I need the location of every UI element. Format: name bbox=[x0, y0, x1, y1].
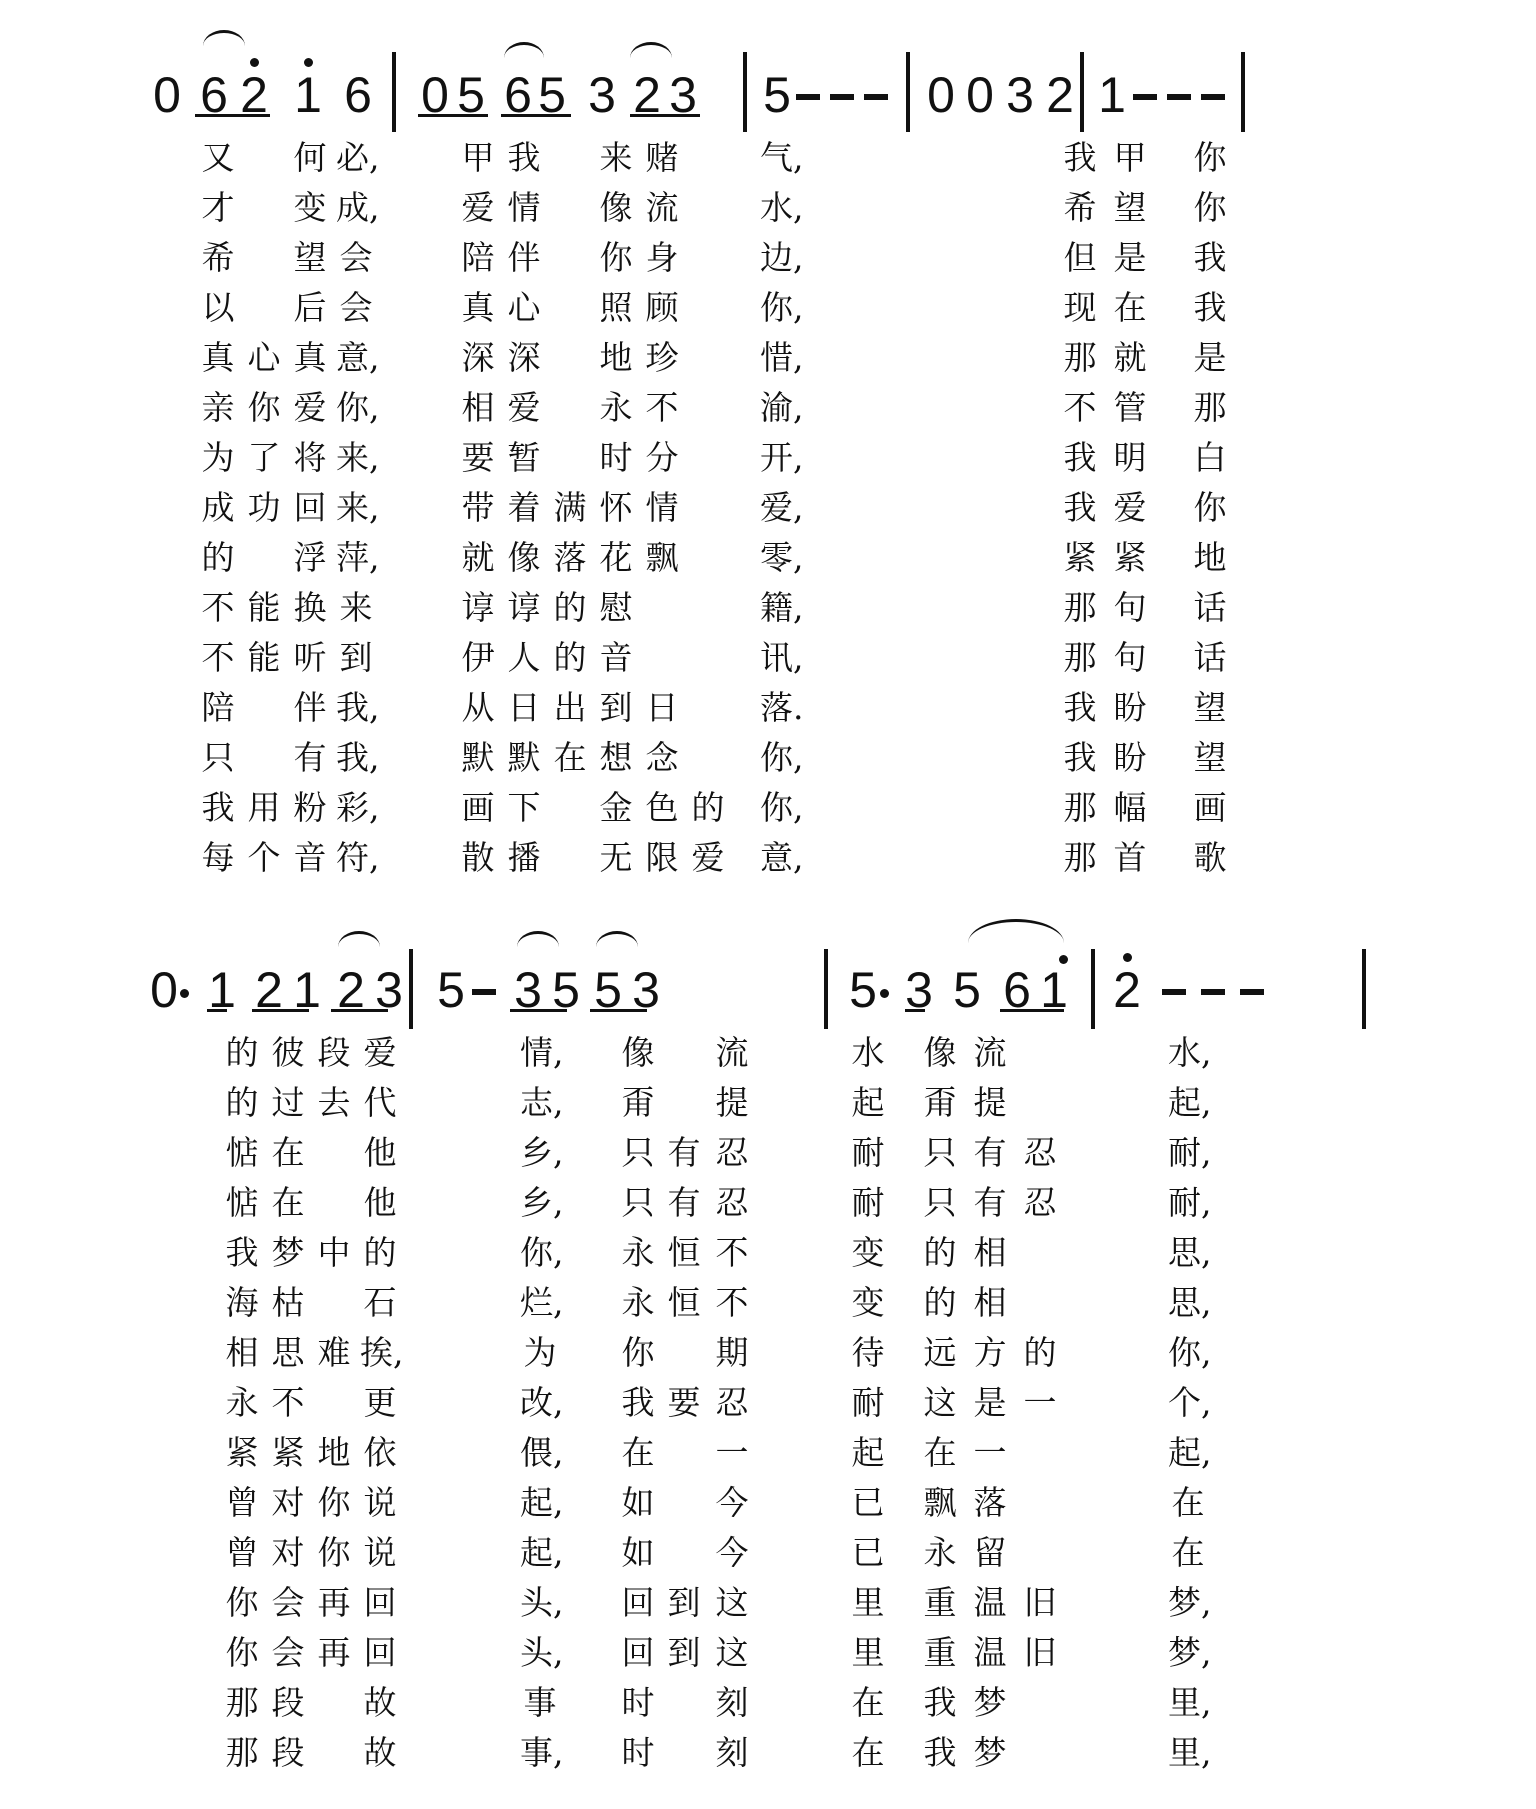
lyric-syllable: 一 bbox=[1020, 1383, 1060, 1423]
lyric-line: 我用粉彩,画下金色的你,那幅画 bbox=[0, 788, 1536, 838]
lyric-syllable: 盼 bbox=[1110, 688, 1150, 728]
lyric-syllable: 段 bbox=[268, 1683, 308, 1723]
lyric-syllable: 边, bbox=[760, 238, 800, 278]
lyric-syllable: 你, bbox=[760, 738, 800, 778]
lyric-syllable: 亲 bbox=[198, 388, 238, 428]
lyric-syllable: 中 bbox=[314, 1233, 354, 1273]
lyric-syllable: 紧 bbox=[222, 1433, 262, 1473]
lyric-syllable: 回 bbox=[360, 1633, 400, 1673]
lyric-syllable: 何 bbox=[290, 138, 330, 178]
note: 0 bbox=[418, 70, 452, 120]
lyric-syllable: 画 bbox=[1190, 788, 1230, 828]
lyric-line: 成功回来,带着满怀情爱,我爱你 bbox=[0, 488, 1536, 538]
lyric-syllable: 你 bbox=[1190, 188, 1230, 228]
lyric-syllable: 温 bbox=[970, 1633, 1010, 1673]
lyric-syllable: 我, bbox=[336, 738, 376, 778]
lyric-syllable: 伴 bbox=[290, 688, 330, 728]
lyric-syllable: 白 bbox=[1190, 438, 1230, 478]
augmentation-dot bbox=[180, 989, 189, 998]
underline-eighth bbox=[630, 114, 700, 117]
lyric-syllable: 身 bbox=[642, 238, 682, 278]
lyric-syllable: 念 bbox=[642, 738, 682, 778]
lyric-syllable: 提 bbox=[970, 1083, 1010, 1123]
lyric-syllable: 我, bbox=[336, 688, 376, 728]
note: 1 bbox=[205, 965, 239, 1015]
lyric-syllable: 梦 bbox=[268, 1233, 308, 1273]
lyric-syllable: 恒 bbox=[664, 1233, 704, 1273]
lyric-syllable: 那 bbox=[1060, 838, 1100, 878]
lyric-syllable: 将 bbox=[290, 438, 330, 478]
note: 2 bbox=[1110, 965, 1144, 1015]
lyric-syllable: 这 bbox=[712, 1583, 752, 1623]
lyric-syllable: 出 bbox=[550, 688, 590, 728]
lyric-syllable: 用 bbox=[244, 788, 284, 828]
lyric-syllable: 改, bbox=[520, 1383, 560, 1423]
lyric-syllable: 日 bbox=[642, 688, 682, 728]
numbered-music-score: 0 6 2 1 6 0 5 6 5 3 2 3 5 bbox=[0, 0, 1536, 1809]
lyric-syllable: 相 bbox=[222, 1333, 262, 1373]
lyric-syllable: 情 bbox=[504, 188, 544, 228]
lyric-syllable: 换 bbox=[290, 588, 330, 628]
lyric-syllable: 那 bbox=[1060, 588, 1100, 628]
lyric-line: 每个音符,散播无限爱意,那首歌 bbox=[0, 838, 1536, 888]
lyric-syllable: 爱 bbox=[360, 1033, 400, 1073]
note: 2 bbox=[1043, 70, 1077, 120]
lyric-syllable: 彩, bbox=[336, 788, 376, 828]
lyric-syllable: 回 bbox=[290, 488, 330, 528]
high-octave-dot bbox=[304, 58, 313, 67]
lyric-syllable: 成 bbox=[198, 488, 238, 528]
lyric-syllable: 有 bbox=[664, 1133, 704, 1173]
lyric-line: 真心真意,深深地珍惜,那就是 bbox=[0, 338, 1536, 388]
lyric-syllable: 我 bbox=[1060, 738, 1100, 778]
barline bbox=[409, 949, 413, 1029]
lyric-syllable: 那 bbox=[222, 1733, 262, 1773]
lyric-syllable: 挨, bbox=[360, 1333, 400, 1373]
lyric-syllable: 你, bbox=[760, 788, 800, 828]
lyric-syllable: 重 bbox=[920, 1633, 960, 1673]
lyric-syllable: 去 bbox=[314, 1083, 354, 1123]
lyric-syllable: 过 bbox=[268, 1083, 308, 1123]
lyric-line: 亲你爱你,相爱永不渝,不管那 bbox=[0, 388, 1536, 438]
lyric-syllable: 希 bbox=[198, 238, 238, 278]
lyric-line: 海枯石烂,永恒不变的相思, bbox=[0, 1283, 1536, 1333]
lyric-syllable: 谆 bbox=[458, 588, 498, 628]
note: 3 bbox=[666, 70, 700, 120]
lyric-syllable: 情 bbox=[642, 488, 682, 528]
lyric-syllable: 我 bbox=[1190, 288, 1230, 328]
lyric-syllable: 时 bbox=[618, 1733, 658, 1773]
lyric-syllable: 明 bbox=[1110, 438, 1150, 478]
lyric-syllable: 提 bbox=[712, 1083, 752, 1123]
lyric-syllable: 的 bbox=[920, 1233, 960, 1273]
note: 5 bbox=[760, 70, 794, 120]
lyric-syllable: 留 bbox=[970, 1533, 1010, 1573]
lyric-syllable: 水, bbox=[1168, 1033, 1208, 1073]
lyric-syllable: 我 bbox=[1190, 238, 1230, 278]
high-octave-dot bbox=[250, 58, 259, 67]
lyric-syllable: 想 bbox=[596, 738, 636, 778]
note: 6 bbox=[341, 70, 375, 120]
lyric-syllable: 爱 bbox=[290, 388, 330, 428]
lyric-syllable: 忍 bbox=[712, 1383, 752, 1423]
lyric-syllable: 意, bbox=[336, 338, 376, 378]
lyric-syllable: 不 bbox=[642, 388, 682, 428]
lyric-syllable: 落. bbox=[760, 688, 800, 728]
lyric-syllable: 就 bbox=[1110, 338, 1150, 378]
lyric-syllable: 说 bbox=[360, 1533, 400, 1573]
lyric-syllable: 浮 bbox=[290, 538, 330, 578]
lyric-syllable: 甲 bbox=[1110, 138, 1150, 178]
lyric-syllable: 不 bbox=[1060, 388, 1100, 428]
lyric-syllable: 要 bbox=[458, 438, 498, 478]
dash-hold bbox=[1167, 94, 1191, 100]
lyric-syllable: 到 bbox=[596, 688, 636, 728]
lyric-line: 我梦中的你,永恒不变的相思, bbox=[0, 1233, 1536, 1283]
lyric-syllable: 段 bbox=[314, 1033, 354, 1073]
slur bbox=[338, 931, 380, 947]
dash-hold bbox=[472, 989, 496, 995]
lyric-line: 才变成,爱情像流水,希望你 bbox=[0, 188, 1536, 238]
note: 5 bbox=[549, 965, 583, 1015]
lyric-syllable: 段 bbox=[268, 1733, 308, 1773]
lyric-syllable: 气, bbox=[760, 138, 800, 178]
lyric-syllable: 爱, bbox=[760, 488, 800, 528]
lyric-syllable: 的 bbox=[1020, 1333, 1060, 1373]
lyric-syllable: 忍 bbox=[712, 1133, 752, 1173]
lyric-syllable: 里, bbox=[1168, 1683, 1208, 1723]
lyric-syllable: 现 bbox=[1060, 288, 1100, 328]
lyric-syllable: 只 bbox=[618, 1183, 658, 1223]
lyric-syllable: 深 bbox=[458, 338, 498, 378]
lyric-syllable: 这 bbox=[712, 1633, 752, 1673]
lyric-syllable: 不 bbox=[198, 638, 238, 678]
lyric-syllable: 对 bbox=[268, 1483, 308, 1523]
lyric-syllable: 那 bbox=[222, 1683, 262, 1723]
lyric-syllable: 像 bbox=[504, 538, 544, 578]
dash-hold bbox=[1133, 94, 1157, 100]
lyric-syllable: 在 bbox=[618, 1433, 658, 1473]
underline-eighth bbox=[501, 114, 571, 117]
lyric-syllable: 乡, bbox=[520, 1183, 560, 1223]
lyric-syllable: 温 bbox=[970, 1583, 1010, 1623]
lyric-syllable: 曾 bbox=[222, 1483, 262, 1523]
lyric-syllable: 只 bbox=[198, 738, 238, 778]
slur bbox=[203, 30, 245, 46]
lyric-syllable: 默 bbox=[504, 738, 544, 778]
lyric-syllable: 有 bbox=[664, 1183, 704, 1223]
lyric-line: 陪伴我,从日出到日落.我盼望 bbox=[0, 688, 1536, 738]
lyric-syllable: 曾 bbox=[222, 1533, 262, 1573]
lyric-syllable: 你 bbox=[596, 238, 636, 278]
lyric-syllable: 限 bbox=[642, 838, 682, 878]
dash-hold bbox=[1201, 989, 1225, 995]
lyric-syllable: 梦, bbox=[1168, 1583, 1208, 1623]
lyric-syllable: 在 bbox=[848, 1683, 888, 1723]
dash-hold bbox=[1201, 94, 1225, 100]
lyric-syllable: 在 bbox=[1110, 288, 1150, 328]
lyric-syllable: 从 bbox=[458, 688, 498, 728]
lyric-syllable: 刻 bbox=[712, 1733, 752, 1773]
lyric-syllable: 变 bbox=[848, 1283, 888, 1323]
lyric-syllable: 难 bbox=[314, 1333, 354, 1373]
note: 0 bbox=[963, 70, 997, 120]
lyric-line: 为了将来,要暂时分开,我明白 bbox=[0, 438, 1536, 488]
lyric-syllable: 在 bbox=[268, 1133, 308, 1173]
lyric-syllable: 画 bbox=[458, 788, 498, 828]
lyric-syllable: 必, bbox=[336, 138, 376, 178]
lyric-syllable: 要 bbox=[664, 1383, 704, 1423]
barline bbox=[824, 949, 828, 1029]
lyric-syllable: 里, bbox=[1168, 1733, 1208, 1773]
lyric-syllable: 起, bbox=[520, 1533, 560, 1573]
lyric-syllable: 是 bbox=[1110, 238, 1150, 278]
underline-eighth bbox=[1000, 1009, 1064, 1012]
lyric-syllable: 起, bbox=[1168, 1433, 1208, 1473]
lyric-syllable: 紧 bbox=[1060, 538, 1100, 578]
note: 1 bbox=[1037, 965, 1071, 1015]
lyric-syllable: 耐 bbox=[848, 1183, 888, 1223]
note: 1 bbox=[291, 70, 325, 120]
lyric-syllable: 思 bbox=[268, 1333, 308, 1373]
lyric-syllable: 石 bbox=[360, 1283, 400, 1323]
lyric-syllable: 个, bbox=[1168, 1383, 1208, 1423]
lyric-syllable: 里 bbox=[848, 1583, 888, 1623]
lyric-syllable: 那 bbox=[1060, 788, 1100, 828]
lyric-syllable: 着 bbox=[504, 488, 544, 528]
lyric-syllable: 事, bbox=[520, 1733, 560, 1773]
lyric-line: 的过去代志,甭提起甭提起, bbox=[0, 1083, 1536, 1133]
lyric-syllable: 你 bbox=[1190, 488, 1230, 528]
lyric-syllable: 时 bbox=[618, 1683, 658, 1723]
lyric-syllable: 起, bbox=[520, 1483, 560, 1523]
lyric-syllable: 甲 bbox=[458, 138, 498, 178]
lyric-syllable: 花 bbox=[596, 538, 636, 578]
lyric-syllable: 在 bbox=[1168, 1533, 1208, 1573]
lyric-syllable: 我 bbox=[1060, 688, 1100, 728]
lyric-syllable: 管 bbox=[1110, 388, 1150, 428]
lyric-syllable: 旧 bbox=[1020, 1633, 1060, 1673]
dash-hold bbox=[1240, 989, 1264, 995]
lyric-syllable: 首 bbox=[1110, 838, 1150, 878]
lyric-syllable: 永 bbox=[618, 1233, 658, 1273]
lyric-syllable: 只 bbox=[920, 1183, 960, 1223]
lyric-syllable: 珍 bbox=[642, 338, 682, 378]
lyric-syllable: 甭 bbox=[618, 1083, 658, 1123]
note: 5 bbox=[950, 965, 984, 1015]
lyric-syllable: 方 bbox=[970, 1333, 1010, 1373]
lyric-syllable: 分 bbox=[642, 438, 682, 478]
barline bbox=[392, 52, 396, 132]
lyric-syllable: 我 bbox=[1060, 138, 1100, 178]
lyric-syllable: 已 bbox=[848, 1533, 888, 1573]
dash-hold bbox=[1162, 989, 1186, 995]
lyric-syllable: 真 bbox=[458, 288, 498, 328]
lyric-syllable: 乡, bbox=[520, 1133, 560, 1173]
lyric-syllable: 事 bbox=[520, 1683, 560, 1723]
lyric-syllable: 句 bbox=[1110, 588, 1150, 628]
note: 3 bbox=[1003, 70, 1037, 120]
lyric-syllable: 飘 bbox=[920, 1483, 960, 1523]
lyric-line: 惦在他乡,只有忍耐只有忍耐, bbox=[0, 1183, 1536, 1233]
note: 5 bbox=[434, 965, 468, 1015]
slur bbox=[504, 42, 544, 58]
lyric-syllable: 萍, bbox=[336, 538, 376, 578]
lyric-syllable: 忍 bbox=[1020, 1133, 1060, 1173]
lyric-line: 的浮萍,就像落花飘零,紧紧地 bbox=[0, 538, 1536, 588]
lyric-syllable: 代 bbox=[360, 1083, 400, 1123]
lyric-syllable: 后 bbox=[290, 288, 330, 328]
lyric-syllable: 到 bbox=[336, 638, 376, 678]
lyric-syllable: 再 bbox=[314, 1583, 354, 1623]
lyric-syllable: 落 bbox=[970, 1483, 1010, 1523]
lyric-syllable: 话 bbox=[1190, 588, 1230, 628]
lyric-line: 惦在他乡,只有忍耐只有忍耐, bbox=[0, 1133, 1536, 1183]
lyric-syllable: 待 bbox=[848, 1333, 888, 1373]
lyric-syllable: 会 bbox=[336, 288, 376, 328]
note: 3 bbox=[511, 965, 545, 1015]
lyric-syllable: 里 bbox=[848, 1633, 888, 1673]
lyric-syllable: 惦 bbox=[222, 1183, 262, 1223]
lyric-syllable: 盼 bbox=[1110, 738, 1150, 778]
lyric-syllable: 回 bbox=[618, 1633, 658, 1673]
underline-eighth bbox=[195, 114, 270, 117]
barline bbox=[743, 52, 747, 132]
lyric-line: 又何必,甲我来赌气,我甲你 bbox=[0, 138, 1536, 188]
lyric-syllable: 思, bbox=[1168, 1283, 1208, 1323]
lyric-syllable: 谆 bbox=[504, 588, 544, 628]
lyric-syllable: 满 bbox=[550, 488, 590, 528]
lyric-syllable: 渝, bbox=[760, 388, 800, 428]
lyric-syllable: 你 bbox=[618, 1333, 658, 1373]
lyric-syllable: 在 bbox=[1168, 1483, 1208, 1523]
lyric-syllable: 以 bbox=[198, 288, 238, 328]
lyric-syllable: 的 bbox=[688, 788, 728, 828]
lyric-line: 那段故事,时刻在我梦里, bbox=[0, 1733, 1536, 1783]
lyric-syllable: 的 bbox=[198, 538, 238, 578]
lyric-syllable: 旧 bbox=[1020, 1583, 1060, 1623]
lyric-syllable: 永 bbox=[596, 388, 636, 428]
lyric-line: 你会再回头,回到这里重温旧梦, bbox=[0, 1633, 1536, 1683]
note: 2 bbox=[252, 965, 286, 1015]
lyric-syllable: 爱 bbox=[688, 838, 728, 878]
note: 2 bbox=[237, 70, 271, 120]
lyric-syllable: 紧 bbox=[268, 1433, 308, 1473]
lyric-syllable: 句 bbox=[1110, 638, 1150, 678]
lyric-syllable: 讯, bbox=[760, 638, 800, 678]
note: 2 bbox=[334, 965, 368, 1015]
lyric-syllable: 人 bbox=[504, 638, 544, 678]
lyric-syllable: 音 bbox=[290, 838, 330, 878]
lyric-syllable: 你 bbox=[1190, 138, 1230, 178]
lyric-syllable: 你 bbox=[222, 1583, 262, 1623]
lyric-syllable: 是 bbox=[970, 1383, 1010, 1423]
lyric-syllable: 歌 bbox=[1190, 838, 1230, 878]
lyric-line: 相思难挨,为你期待远方的你, bbox=[0, 1333, 1536, 1383]
lyric-syllable: 今 bbox=[712, 1533, 752, 1573]
lyric-syllable: 一 bbox=[712, 1433, 752, 1473]
lyric-syllable: 个 bbox=[244, 838, 284, 878]
lyric-syllable: 零, bbox=[760, 538, 800, 578]
lyric-syllable: 陪 bbox=[198, 688, 238, 728]
lyric-syllable: 回 bbox=[360, 1583, 400, 1623]
lyric-syllable: 的 bbox=[550, 588, 590, 628]
lyric-syllable: 陪 bbox=[458, 238, 498, 278]
lyric-syllable: 在 bbox=[268, 1183, 308, 1223]
note: 6 bbox=[197, 70, 231, 120]
lyric-syllable: 开, bbox=[760, 438, 800, 478]
lyric-syllable: 你 bbox=[314, 1483, 354, 1523]
underline-eighth bbox=[905, 1009, 925, 1012]
lyric-line: 你会再回头,回到这里重温旧梦, bbox=[0, 1583, 1536, 1633]
lyric-syllable: 照 bbox=[596, 288, 636, 328]
lyric-syllable: 会 bbox=[268, 1633, 308, 1673]
lyric-syllable: 今 bbox=[712, 1483, 752, 1523]
lyric-syllable: 能 bbox=[244, 588, 284, 628]
lyric-syllable: 思, bbox=[1168, 1233, 1208, 1273]
lyric-syllable: 说 bbox=[360, 1483, 400, 1523]
lyric-syllable: 的 bbox=[222, 1083, 262, 1123]
lyric-line: 不能听到伊人的音讯,那句话 bbox=[0, 638, 1536, 688]
lyric-syllable: 为 bbox=[520, 1333, 560, 1373]
lyric-syllable: 伴 bbox=[504, 238, 544, 278]
lyric-line: 那段故事时刻在我梦里, bbox=[0, 1683, 1536, 1733]
lyric-syllable: 你 bbox=[244, 388, 284, 428]
note: 1 bbox=[1095, 70, 1129, 120]
lyric-syllable: 色 bbox=[642, 788, 682, 828]
lyric-syllable: 我 bbox=[618, 1383, 658, 1423]
lyric-syllable: 暂 bbox=[504, 438, 544, 478]
note: 0 bbox=[150, 70, 184, 120]
lyric-syllable: 听 bbox=[290, 638, 330, 678]
note: 5 bbox=[454, 70, 488, 120]
lyric-syllable: 故 bbox=[360, 1733, 400, 1773]
lyric-syllable: 你, bbox=[1168, 1333, 1208, 1373]
lyric-syllable: 你, bbox=[520, 1233, 560, 1273]
lyric-syllable: 我 bbox=[1060, 438, 1100, 478]
lyric-syllable: 只 bbox=[920, 1133, 960, 1173]
lyric-syllable: 又 bbox=[198, 138, 238, 178]
lyric-syllable: 耐 bbox=[848, 1133, 888, 1173]
barline bbox=[1091, 949, 1095, 1029]
lyric-syllable: 会 bbox=[336, 238, 376, 278]
lyric-syllable: 爱 bbox=[1110, 488, 1150, 528]
lyric-syllable: 来 bbox=[336, 588, 376, 628]
lyric-syllable: 望 bbox=[290, 238, 330, 278]
lyric-syllable: 怀 bbox=[596, 488, 636, 528]
note: 3 bbox=[372, 965, 406, 1015]
lyric-syllable: 偎, bbox=[520, 1433, 560, 1473]
note: 3 bbox=[585, 70, 619, 120]
lyric-syllable: 耐 bbox=[848, 1383, 888, 1423]
lyric-syllable: 你, bbox=[760, 288, 800, 328]
lyric-syllable: 像 bbox=[920, 1033, 960, 1073]
lyric-syllable: 音 bbox=[596, 638, 636, 678]
lyric-syllable: 枯 bbox=[268, 1283, 308, 1323]
lyric-syllable: 那 bbox=[1060, 638, 1100, 678]
lyric-line: 以后会真心照顾你,现在我 bbox=[0, 288, 1536, 338]
lyric-syllable: 变 bbox=[290, 188, 330, 228]
lyric-syllable: 望 bbox=[1190, 688, 1230, 728]
lyric-syllable: 我 bbox=[504, 138, 544, 178]
lyric-syllable: 来, bbox=[336, 438, 376, 478]
lyric-syllable: 地 bbox=[314, 1433, 354, 1473]
lyric-syllable: 对 bbox=[268, 1533, 308, 1573]
lyric-line: 只有我,默默在想念你,我盼望 bbox=[0, 738, 1536, 788]
underline-eighth bbox=[510, 1009, 567, 1012]
lyric-syllable: 相 bbox=[970, 1233, 1010, 1273]
lyric-syllable: 如 bbox=[618, 1533, 658, 1573]
